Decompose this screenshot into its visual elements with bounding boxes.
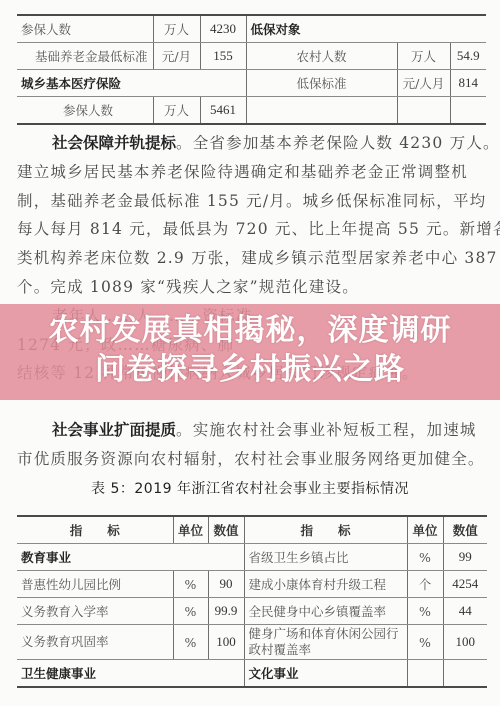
table-row: 参保人数 万人 4230 低保对象	[17, 15, 486, 43]
value-cell: 99.9	[208, 598, 244, 625]
empty-cell	[407, 660, 443, 688]
text-line: 建立城乡居民基本养老保险待遇确定和基础养老金正常调整机	[17, 158, 487, 187]
value-cell: 814	[450, 70, 486, 97]
indicator-cell: 全民健身中心乡镇覆盖率	[244, 598, 407, 625]
empty-cell	[443, 660, 487, 688]
section-heading-cell: 卫生健康事业	[17, 660, 244, 688]
unit-cell: %	[173, 571, 208, 598]
social-security-table: 参保人数 万人 4230 低保对象 基础养老金最低标准 元/月 155 农村人数…	[17, 14, 486, 125]
table-row: 参保人数 万人 5461	[17, 97, 486, 125]
unit-cell: %	[407, 598, 443, 625]
section-heading-cell: 文化事业	[244, 660, 407, 688]
column-header: 数值	[208, 516, 244, 544]
unit-cell: %	[407, 544, 443, 571]
banner-title-line-2: 问卷探寻乡村振兴之路	[0, 351, 500, 389]
title-banner: 农村发展真相揭秘，深度调研 问卷探寻乡村振兴之路	[0, 304, 500, 400]
section-heading-cell: 城乡基本医疗保险	[17, 70, 246, 97]
text-line: 类机构养老床位数 2.9 万张，建成乡镇示范型居家养老中心 387	[17, 244, 487, 273]
indicator-cell: 省级卫生乡镇占比	[244, 544, 407, 571]
value-cell: 100	[208, 625, 244, 660]
table-caption: 表 5：2019 年浙江省农村社会事业主要指标情况	[0, 478, 500, 498]
unit-cell: %	[407, 625, 443, 660]
value-cell: 99	[443, 544, 487, 571]
document-page: 参保人数 万人 4230 低保对象 基础养老金最低标准 元/月 155 农村人数…	[0, 0, 500, 706]
indicator-cell: 基础养老金最低标准	[17, 43, 153, 70]
value-cell: 155	[200, 43, 246, 70]
table-row: 义务教育巩固率 % 100 健身广场和体育休闲公园行政村覆盖率 % 100	[17, 625, 487, 660]
value-cell: 90	[208, 571, 244, 598]
column-header: 单位	[407, 516, 443, 544]
empty-cell	[397, 97, 450, 125]
paragraph-heading: 社会保障并轨提标	[52, 134, 176, 152]
indicator-cell: 义务教育巩固率	[17, 625, 173, 660]
unit-cell: %	[173, 625, 208, 660]
indicator-cell: 农村人数	[246, 43, 397, 70]
text-line: 每人每月 814 元，最低县为 720 元、比上年提高 55 元。新增各	[17, 215, 487, 244]
unit-cell: 万人	[397, 43, 450, 70]
column-header: 数值	[443, 516, 487, 544]
text-line: 个。完成 1089 家“残疾人之家”规范化建设。	[17, 273, 487, 302]
text-line: 制，基础养老金最低标准 155 元/月。城乡低保标准同标，平均	[17, 187, 487, 216]
unit-cell: 万人	[153, 15, 200, 43]
value-cell: 44	[443, 598, 487, 625]
indicator-cell: 健身广场和体育休闲公园行政村覆盖率	[244, 625, 407, 660]
indicator-cell: 参保人数	[17, 15, 153, 43]
table-row: 城乡基本医疗保险 低保标准 元/人月 814	[17, 70, 486, 97]
value-cell: 4230	[200, 15, 246, 43]
text-line: 社会保障并轨提标。全省参加基本养老保险人数 4230 万人。	[17, 129, 487, 158]
unit-cell: %	[173, 598, 208, 625]
value-cell: 100	[443, 625, 487, 660]
table-row: 义务教育入学率 % 99.9 全民健身中心乡镇覆盖率 % 44	[17, 598, 487, 625]
banner-title-line-1: 农村发展真相揭秘，深度调研	[0, 312, 500, 350]
indicator-cell: 普惠性幼儿园比例	[17, 571, 173, 598]
text-span: 。全省参加基本养老保险人数 4230 万人。	[176, 134, 500, 152]
indicator-cell: 参保人数	[17, 97, 153, 125]
unit-cell: 元/人月	[397, 70, 450, 97]
value-cell: 54.9	[450, 43, 486, 70]
rural-social-indicators-table: 指 标 单位 数值 指 标 单位 数值 教育事业 省级卫生乡镇占比 % 99 普…	[17, 515, 487, 688]
value-cell: 4254	[443, 571, 487, 598]
text-line: 社会事业扩面提质。实施农村社会事业补短板工程，加速城	[17, 416, 487, 445]
indicator-cell: 建成小康体育村升级工程	[244, 571, 407, 598]
text-span: 。实施农村社会事业补短板工程，加速城	[176, 421, 477, 439]
indicator-cell: 低保标准	[246, 70, 397, 97]
unit-cell: 万人	[153, 97, 200, 125]
table-row: 普惠性幼儿园比例 % 90 建成小康体育村升级工程 个 4254	[17, 571, 487, 598]
table-row: 教育事业 省级卫生乡镇占比 % 99	[17, 544, 487, 571]
empty-cell	[246, 97, 397, 125]
text-line: 市优质服务资源向农村辐射，农村社会事业服务网络更加健全。	[17, 445, 487, 474]
table-header-row: 指 标 单位 数值 指 标 单位 数值	[17, 516, 487, 544]
paragraph-social-undertakings: 社会事业扩面提质。实施农村社会事业补短板工程，加速城 市优质服务资源向农村辐射，…	[17, 416, 487, 474]
column-header: 单位	[173, 516, 208, 544]
column-header: 指 标	[17, 516, 173, 544]
empty-cell	[450, 97, 486, 125]
unit-cell: 个	[407, 571, 443, 598]
table-row: 基础养老金最低标准 元/月 155 农村人数 万人 54.9	[17, 43, 486, 70]
unit-cell: 元/月	[153, 43, 200, 70]
paragraph-heading: 社会事业扩面提质	[52, 421, 176, 439]
column-header: 指 标	[244, 516, 407, 544]
indicator-cell: 义务教育入学率	[17, 598, 173, 625]
table-row: 卫生健康事业 文化事业	[17, 660, 487, 688]
value-cell: 5461	[200, 97, 246, 125]
section-heading-cell: 教育事业	[17, 544, 244, 571]
section-heading-cell: 低保对象	[246, 15, 486, 43]
